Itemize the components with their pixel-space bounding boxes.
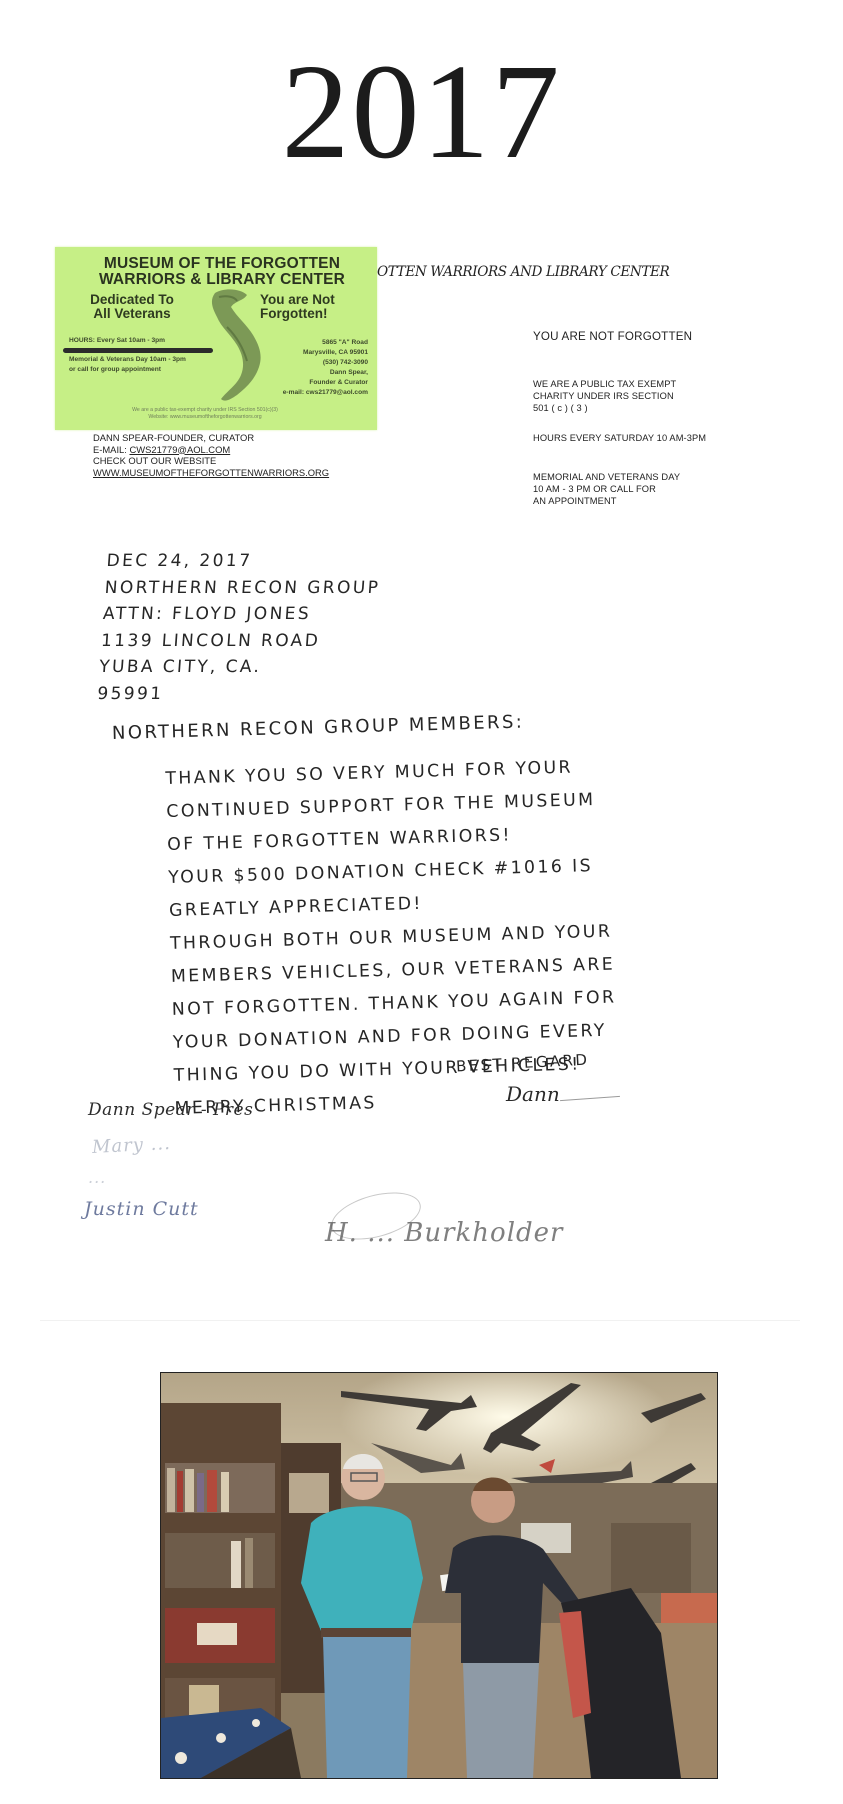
card-title-line1: MUSEUM OF THE FORGOTTEN <box>77 256 367 272</box>
email-label: E-MAIL: <box>93 444 127 455</box>
recipient-org: Northern Recon Group <box>104 575 381 602</box>
recipient-attn: Attn: Floyd Jones <box>102 601 379 628</box>
year-heading: 2017 <box>0 22 843 202</box>
letter-date: Dec 24, 2017 <box>106 548 383 575</box>
letter-address-block: Dec 24, 2017 Northern Recon Group Attn: … <box>96 548 383 707</box>
card-footer-charity: We are a public tax-exempt charity under… <box>75 407 335 414</box>
museum-photo <box>160 1372 718 1779</box>
founder-name: DANN SPEAR-FOUNDER, CURATOR <box>93 432 329 444</box>
website-link[interactable]: WWW.MUSEUMOFTHEFORGOTTENWARRIORS.ORG <box>93 467 329 479</box>
recipient-city: Yuba City, CA. <box>98 654 375 681</box>
card-email: e-mail: cws21779@aol.com <box>238 388 368 398</box>
card-title: MUSEUM OF THE FORGOTTEN WARRIORS & LIBRA… <box>77 256 367 288</box>
card-address-street: 5865 "A" Road <box>238 338 368 348</box>
scan-artifact-line <box>40 1320 800 1321</box>
letterhead-hours: HOURS EVERY SATURDAY 10 AM-3PM <box>533 432 706 444</box>
card-role: Founder & Curator <box>238 378 368 388</box>
card-title-line2: WARRIORS & LIBRARY CENTER <box>77 272 367 288</box>
letterhead-tagline: YOU ARE NOT FORGOTTEN <box>533 330 692 343</box>
charity-line2: CHARITY UNDER IRS SECTION <box>533 390 676 402</box>
signature-large: H. ... Burkholder <box>325 1218 563 1248</box>
card-dedicated: Dedicated To All Veterans <box>73 293 191 321</box>
email-line: E-MAIL: CWS21779@AOL.COM <box>93 444 329 456</box>
charity-line3: 501 ( c ) ( 3 ) <box>533 402 676 414</box>
charity-line1: WE ARE A PUBLIC TAX EXEMPT <box>533 378 676 390</box>
website-label: CHECK OUT OUR WEBSITE <box>93 455 329 467</box>
closing-signature: Dann <box>506 1082 560 1106</box>
signature-president: Dann Spear - Pres <box>88 1100 253 1120</box>
recipient-street: 1139 Lincoln Road <box>100 628 377 655</box>
letterhead-memorial: MEMORIAL AND VETERANS DAY 10 AM - 3 PM O… <box>533 471 680 507</box>
memorial-line3: AN APPOINTMENT <box>533 495 680 507</box>
card-name: Dann Spear, <box>238 368 368 378</box>
photo-illustration <box>161 1373 717 1778</box>
card-footer-website: Website: www.museumoftheforgottenwarrior… <box>75 414 335 421</box>
card-address: 5865 "A" Road Marysville, CA 95901 (530)… <box>238 338 368 398</box>
letterhead-charity: WE ARE A PUBLIC TAX EXEMPT CHARITY UNDER… <box>533 378 676 414</box>
hours-line3: Memorial & Veterans Day 10am - 3pm <box>69 355 229 365</box>
card-hours: HOURS: Every Sat 10am - 3pm Memorial & V… <box>69 336 229 375</box>
redaction-strike <box>63 348 213 353</box>
business-card: MUSEUM OF THE FORGOTTEN WARRIORS & LIBRA… <box>55 247 377 430</box>
card-phone: (530) 742-3090 <box>238 358 368 368</box>
founder-block: DANN SPEAR-FOUNDER, CURATOR E-MAIL: CWS2… <box>93 432 329 478</box>
signature-faint: ... <box>88 1168 106 1187</box>
signature-blue: Justin Cutt <box>84 1198 199 1220</box>
letterhead-title: OTTEN WARRIORS AND LIBRARY CENTER <box>377 264 767 280</box>
dedicated-line1: Dedicated To <box>73 293 191 307</box>
signature-faint: Mary ... <box>92 1133 172 1158</box>
hours-line4: or call for group appointment <box>69 365 229 375</box>
recipient-zip: 95991 <box>96 681 373 708</box>
card-address-city: Marysville, CA 95901 <box>238 348 368 358</box>
dedicated-line2: All Veterans <box>73 307 191 321</box>
card-footer: We are a public tax-exempt charity under… <box>75 407 335 421</box>
letter-salutation: Northern Recon Group Members: <box>112 711 525 744</box>
email-link[interactable]: CWS21779@AOL.COM <box>129 444 230 455</box>
memorial-line2: 10 AM - 3 PM OR CALL FOR <box>533 483 680 495</box>
hours-line1: HOURS: Every Sat 10am - 3pm <box>69 336 229 346</box>
memorial-line1: MEMORIAL AND VETERANS DAY <box>533 471 680 483</box>
